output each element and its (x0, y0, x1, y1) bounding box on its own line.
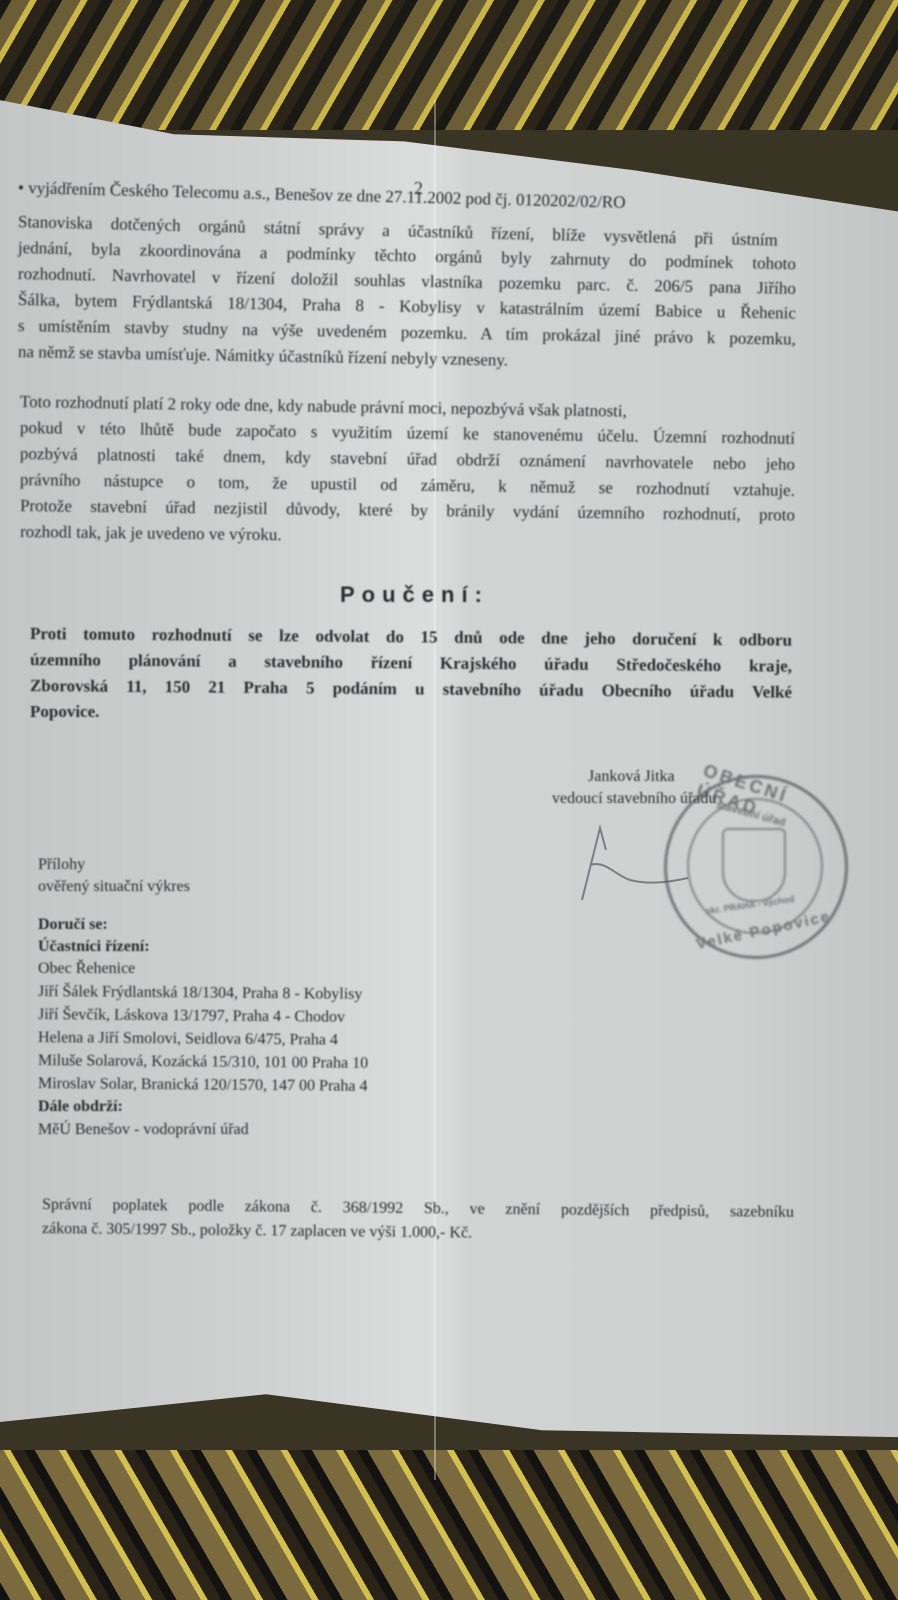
participant-item: Jiří Šálek Frýdlantská 18/1304, Praha 8 … (38, 983, 363, 1004)
participant-item: Jiří Ševčík, Láskova 13/1797, Praha 4 - … (38, 1006, 345, 1027)
participant-item: Miroslav Solar, Branická 120/1570, 147 0… (38, 1075, 368, 1096)
text-line: právního nástupce o tom, že upustil od z… (20, 470, 795, 501)
coat-of-arms-icon (722, 828, 786, 902)
text-line: rozhodl tak, jak je uvedeno ve výroku. (20, 522, 282, 545)
delivery-heading: Doručí se: (38, 916, 108, 934)
instruction-line: Proti tomuto rozhodnutí se lze odvolat d… (30, 624, 792, 651)
participant-item: Miluše Solarová, Kozácká 15/310, 101 00 … (38, 1052, 368, 1073)
text-line: na němž se stavba umísťuje. Námitky účas… (18, 342, 508, 371)
text-line: pokud v této lhůtě bude započato s využi… (20, 418, 795, 449)
fee-note-line: Správní poplatek podle zákona č. 368/199… (42, 1196, 794, 1222)
signatory-name: Janková Jitka (588, 768, 675, 786)
attachments-label: Přílohy (38, 856, 85, 874)
instruction-title: Poučení: (340, 582, 489, 608)
participant-item: Obec Řehenice (38, 960, 135, 978)
instruction-line: Zborovská 11, 150 21 Praha 5 podáním u s… (30, 676, 792, 703)
participants-heading: Účastníci řízení: (38, 938, 150, 956)
participant-item: Helena a Jiří Smolovi, Seidlova 6/475, P… (38, 1029, 338, 1050)
others-heading: Dále obdrží: (38, 1098, 123, 1116)
official-stamp: OBECNÍ ÚŘAD stavební úřad okr. PRAHA - v… (664, 775, 848, 959)
instruction-line: Popovice. (30, 702, 99, 722)
text-line: Toto rozhodnutí platí 2 roky ode dne, kd… (20, 392, 627, 422)
other-recipient: MěÚ Benešov - vodoprávní úřad (38, 1121, 249, 1139)
fee-note-line: zákona č. 305/1997 Sb., položky č. 17 za… (42, 1220, 472, 1243)
text-line: Protože stavební úřad nezjistil důvody, … (20, 496, 795, 525)
text-line: pozbývá platnosti také dnem, kdy stavebn… (20, 444, 795, 475)
instruction-line: územního plánování a stavebního řízení K… (30, 650, 792, 677)
text-line: • vyjádřením Českého Telecomu a.s., Bene… (18, 178, 626, 213)
attachment-item: ověřený situační výkres (38, 878, 190, 896)
